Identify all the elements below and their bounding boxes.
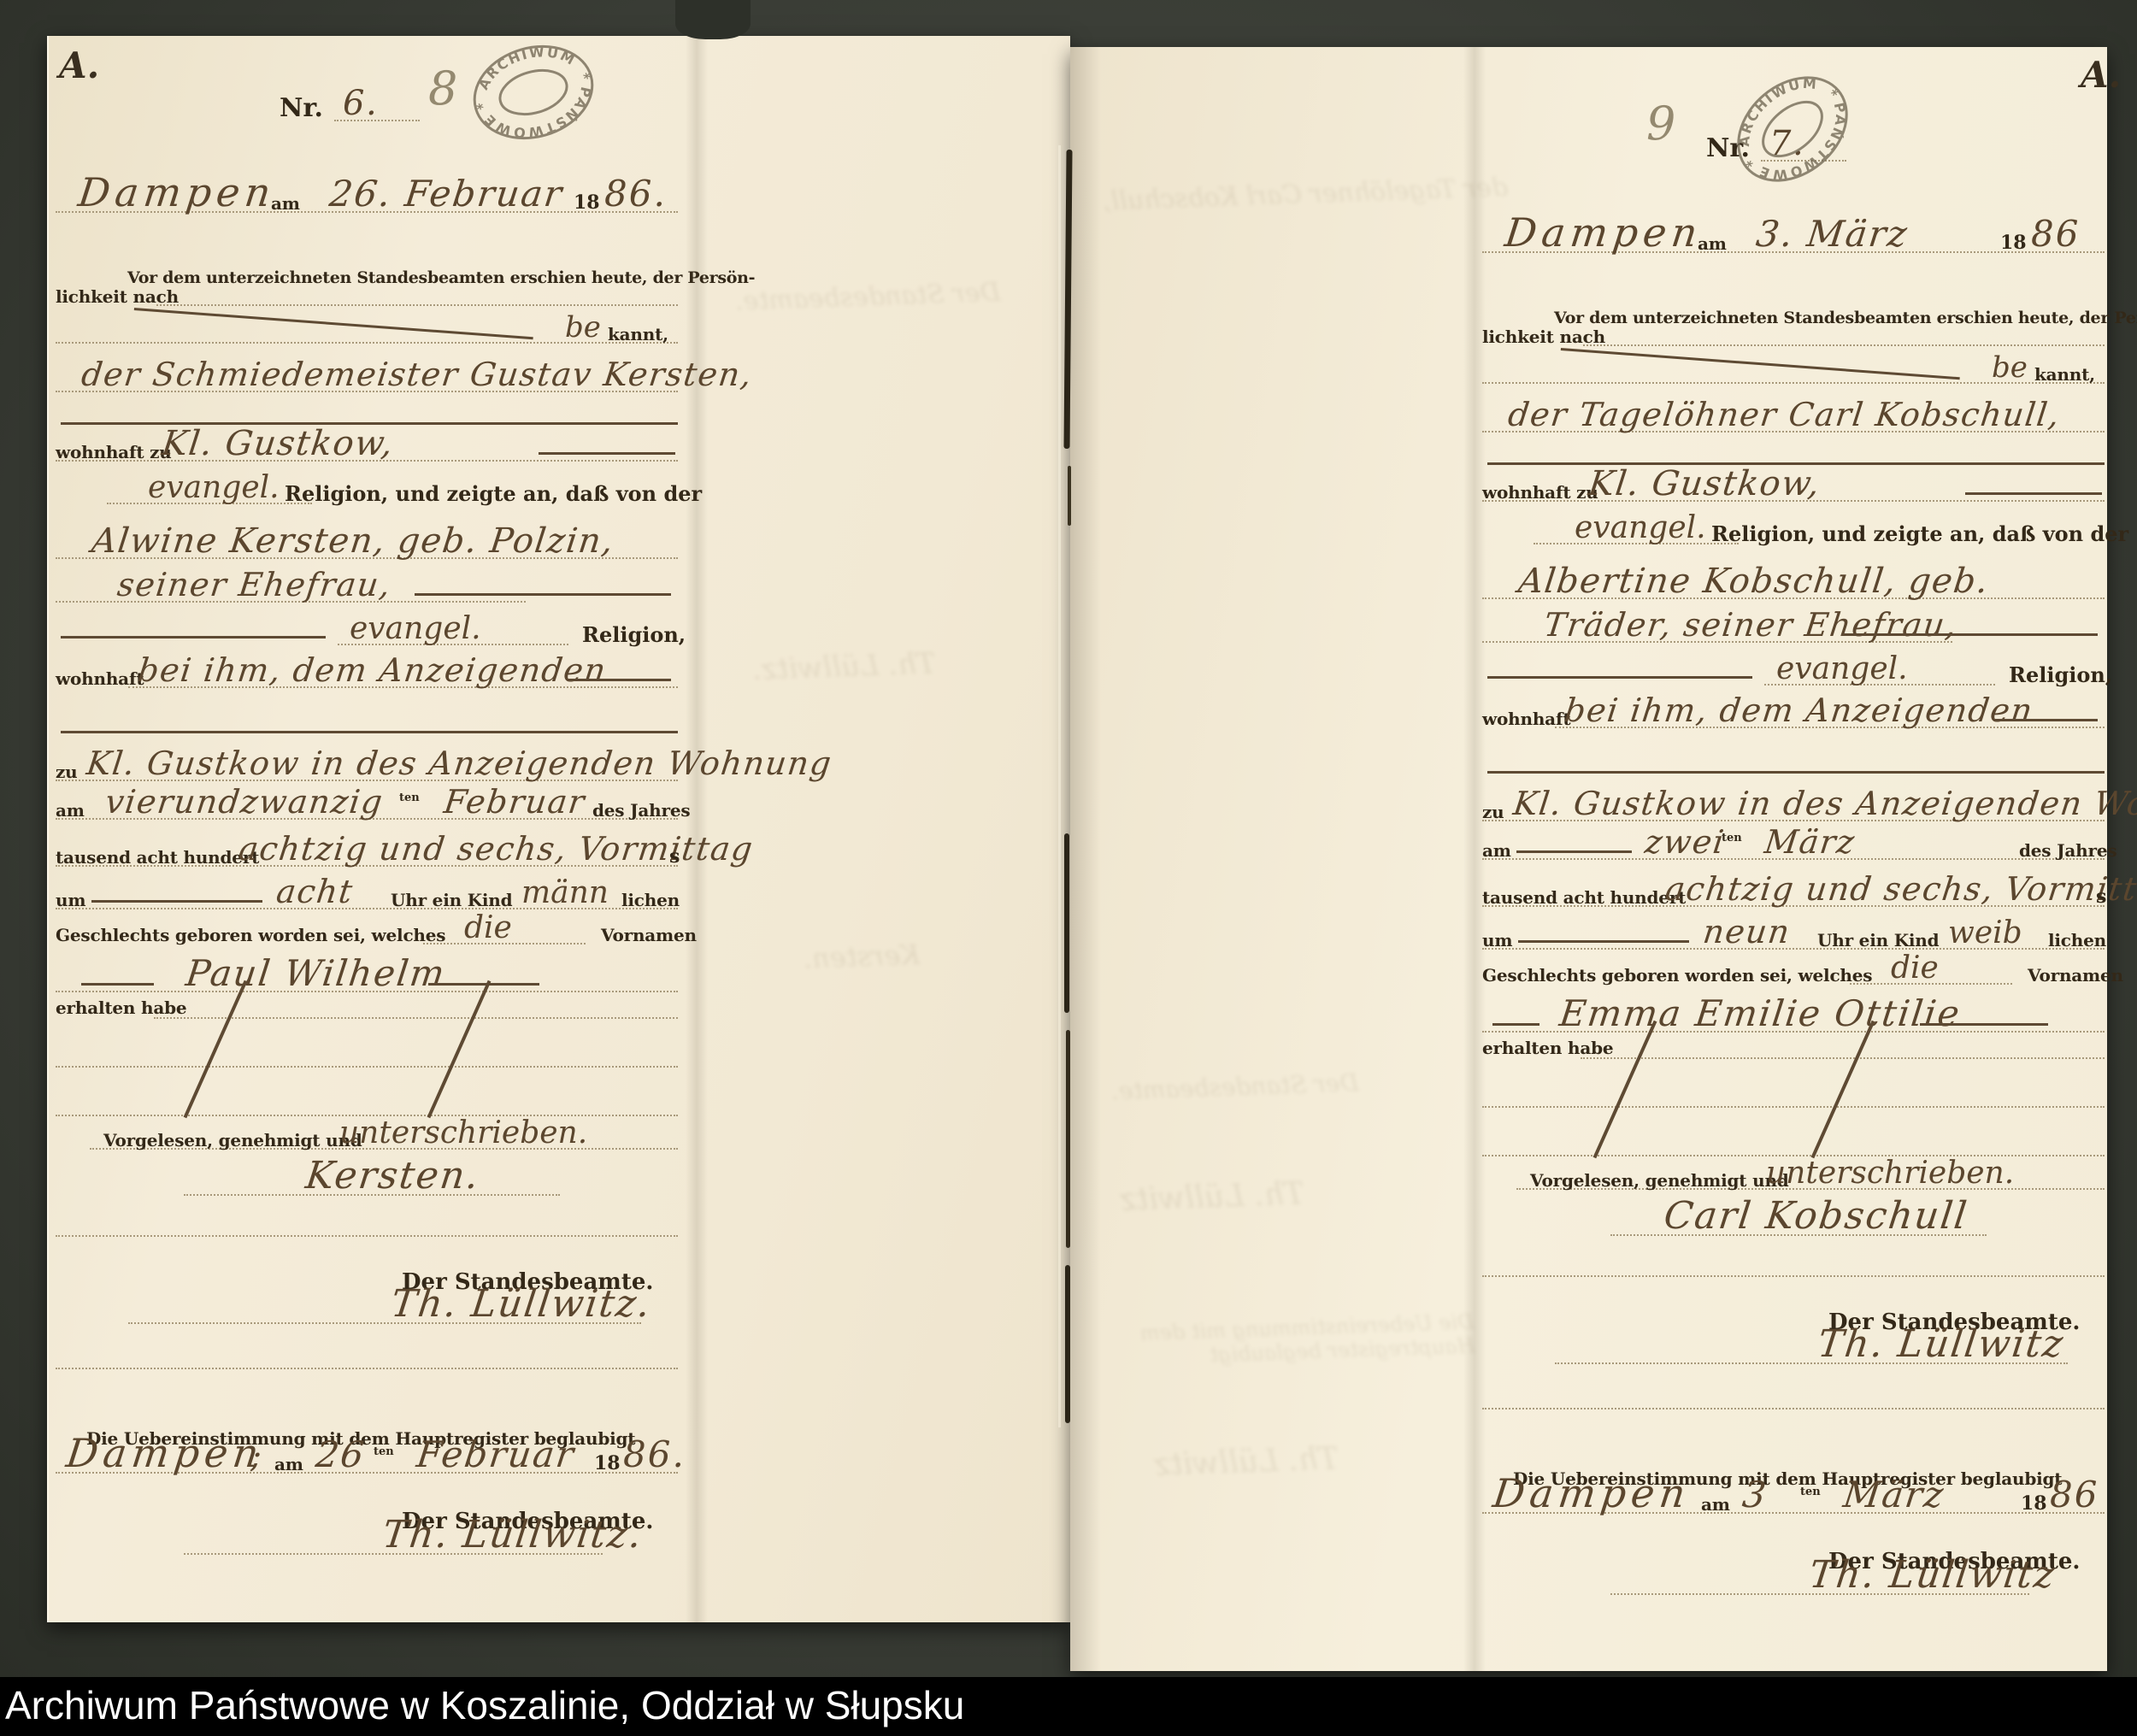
mother-name-entry: Alwine Kersten, geb. Polzin, — [90, 523, 616, 559]
vorgelesen-label: Vorgelesen, genehmigt und — [1530, 1172, 1789, 1190]
registrar-signature-row: Th. Lüllwitz. — [56, 1276, 684, 1324]
archive-stamp: ARCHIWUM PAŃSTWOWE * * — [458, 28, 608, 156]
mother-name-entry: Albertine Kobschull, geb. — [1516, 563, 1991, 599]
ink-line — [1965, 492, 2102, 495]
page-edge-notch — [675, 0, 751, 39]
stamp-text-bottom: PAŃSTWOWE — [478, 81, 603, 154]
declarant-row: der Tagelöhner Carl Kobschull, — [1482, 385, 2111, 433]
wohnhaft-entry: bei ihm, dem Anzeigenden — [136, 654, 609, 688]
des-jahres-label: des Jahres — [592, 802, 690, 820]
birthdate-row: am zwei ten März des Jahres — [1482, 812, 2111, 860]
religion-row: evangel. Religion, und zeigte an, daß vo… — [1482, 500, 2111, 544]
cert-place-entry: Dampen — [64, 1433, 266, 1474]
religion-zeigte-label: Religion, und zeigte an, daß von der — [285, 483, 702, 504]
book-gutter-tear — [1066, 1030, 1070, 1248]
bekannt-row: be kannt, — [56, 299, 684, 344]
bleed-through-text: Kersten. — [803, 939, 921, 975]
declarant-signature: Carl Kobschull — [1662, 1197, 1970, 1236]
entry-number: 6. — [343, 85, 378, 121]
book-gutter-tear — [1064, 833, 1069, 1013]
wohnhaft-row2: wohnhaft bei ihm, dem Anzeigenden — [1482, 684, 2111, 728]
book-gutter-tear — [1065, 1265, 1070, 1423]
right-page-sheet: A. Nr. 7. 9 ARCHIWUM PAŃSTWOWE * * Dam — [1070, 47, 2107, 1671]
dotted-line — [1482, 1408, 2105, 1409]
footer-bar: Archiwum Państwowe w Koszalinie, Oddział… — [0, 1677, 2137, 1736]
cert-day-entry: 26 — [314, 1436, 368, 1474]
unterschrieben-entry: unterschrieben. — [339, 1117, 587, 1150]
pencil-number: 8 — [428, 62, 457, 115]
registrar-signature-row2: Th. Lüllwitz. — [56, 1507, 684, 1555]
erhalten-row: erhalten habe — [1482, 1013, 2111, 1057]
geschlecht-row: Geschlechts geboren worden sei, welches … — [1482, 940, 2111, 985]
year-entry: 86. — [604, 175, 667, 213]
wohnhaft-row2: wohnhaft bei ihm, dem Anzeigenden — [56, 644, 684, 688]
ink-line — [1516, 850, 1632, 853]
am-label: am — [1701, 1496, 1730, 1514]
registrar-signature-row: Th. Lüllwitz — [1482, 1316, 2111, 1364]
am-label: am — [1482, 842, 1511, 860]
ten-label: ten — [399, 792, 420, 804]
bekannt-row: be kannt, — [1482, 339, 2111, 384]
ten-label: ten — [374, 1446, 394, 1458]
declarant-entry: der Schmiedemeister Gustav Kersten, — [79, 358, 755, 392]
stamp-text-top: ARCHIWUM — [468, 32, 582, 95]
gutter-shadow — [1070, 47, 1101, 1671]
svg-text:ARCHIWUM: ARCHIWUM — [468, 32, 582, 95]
book-gutter-tear — [1068, 466, 1071, 526]
religion-entry: evangel. — [148, 472, 280, 504]
kannt-label: kannt, — [608, 326, 668, 344]
cert-month-entry: März — [1841, 1476, 1947, 1514]
wohnhaft-zu-label: wohnhaft zu — [1482, 484, 1598, 502]
ink-line — [539, 452, 675, 455]
dotted-line — [1482, 1106, 2105, 1108]
ten-label: ten — [1722, 833, 1742, 844]
mother-relation-entry: seiner Ehefrau, — [115, 568, 393, 603]
geschlecht-row: Geschlechts geboren worden sei, welches … — [56, 900, 684, 945]
am-label: am — [1698, 235, 1727, 253]
geschlechts-label: Geschlechts geboren worden sei, welches — [56, 927, 445, 945]
religion-entry2: evangel. — [1776, 653, 1908, 686]
dotted-line — [56, 1066, 678, 1068]
registrar-signature2: Th. Lüllwitz — [1807, 1556, 2058, 1595]
dotted-line — [154, 1017, 678, 1019]
am-label: am — [271, 195, 300, 213]
cert-separator: ; — [250, 1439, 262, 1474]
birth-month-entry: Februar — [442, 786, 587, 820]
religion-zeigte-label: Religion, und zeigte an, daß von der — [1711, 523, 2128, 544]
cert-year-entry: 86 — [2050, 1476, 2099, 1514]
birthyear-row: tausend acht hundert achtzig und sechs, … — [56, 819, 684, 867]
birthyear-row: tausend acht hundert achtzig und sechs, … — [1482, 859, 2111, 907]
religion-entry2: evangel. — [350, 613, 481, 645]
dotted-line — [334, 120, 420, 121]
am-label: am — [274, 1456, 303, 1474]
mother-row2: seiner Ehefrau, — [56, 558, 684, 603]
year-prefix: 18 — [2000, 233, 2027, 253]
cert-month-entry: Februar — [415, 1436, 577, 1474]
year-prefix: 18 — [574, 193, 600, 213]
birth-month-entry: März — [1763, 826, 1857, 860]
registrar-signature-row2: Th. Lüllwitz — [1482, 1547, 2111, 1595]
birthdate-row: am vierundzwanzig ten Februar des Jahres — [56, 772, 684, 820]
archive-stamp: ARCHIWUM PAŃSTWOWE * * — [1713, 51, 1873, 207]
cert-year-entry: 86. — [623, 1436, 686, 1474]
mother-row1: Albertine Kobschull, geb. — [1482, 551, 2111, 599]
left-page-sheet: A. Nr. 6. 8 ARCHIWUM PAŃSTWOWE * * Dam — [47, 36, 1070, 1622]
bleed-through-text: Th. Lüllwitz — [1119, 1176, 1304, 1218]
ten-label: ten — [1800, 1486, 1821, 1498]
certification-row: Dampen ; am 26 ten Februar 18 86. — [56, 1426, 684, 1474]
scanned-register-spread: A. Nr. 6. 8 ARCHIWUM PAŃSTWOWE * * Dam — [0, 0, 2137, 1736]
registrar-signature: Th. Lüllwitz. — [389, 1285, 654, 1324]
mother-relation-entry: Träder, seiner Ehefrau, — [1542, 609, 1959, 643]
wohnhaft-label: wohnhaft — [1482, 710, 1570, 728]
declarant-signature-row: Carl Kobschull — [1482, 1188, 2111, 1236]
date-entry: 26. Februar — [327, 175, 565, 213]
unterschrieben-entry: unterschrieben. — [1766, 1157, 2014, 1190]
erhalten-habe-label: erhalten habe — [56, 999, 186, 1017]
page-corner-letter: A. — [2081, 54, 2121, 96]
residence-entry: Kl. Gustkow, — [1587, 466, 1822, 502]
place-entry: Dampen — [1503, 212, 1704, 253]
registrar-signature: Th. Lüllwitz — [1816, 1325, 2067, 1364]
am-label: am — [56, 802, 85, 820]
ink-line — [1995, 719, 2098, 721]
birth-day-entry: zwei — [1643, 826, 1727, 860]
place-entry: Dampen — [76, 172, 278, 213]
religion-entry: evangel. — [1575, 512, 1706, 544]
ink-line — [568, 679, 671, 681]
vornamen-label: Vornamen — [2028, 967, 2123, 985]
certification-row: Dampen am 3 ten März 18 86 — [1482, 1466, 2111, 1514]
mother-row1: Alwine Kersten, geb. Polzin, — [56, 511, 684, 559]
torn-paper-edge — [1058, 145, 1061, 1427]
stamp-star-icon: * — [1743, 156, 1759, 174]
be-entry: be — [565, 313, 601, 344]
wohnhaft-label: wohnhaft — [56, 670, 144, 688]
archive-caption: Archiwum Państwowe w Koszalinie, Oddział… — [5, 1682, 964, 1728]
dotted-line — [1482, 1275, 2105, 1277]
erhalten-row: erhalten habe — [56, 973, 684, 1017]
place-date-row: Dampen am 26. Februar 18 86. — [56, 158, 684, 213]
vorgelesen-label: Vorgelesen, genehmigt und — [103, 1132, 362, 1150]
vorgelesen-row: Vorgelesen, genehmigt und unterschrieben… — [1482, 1145, 2111, 1190]
ink-line — [1841, 633, 2098, 636]
vorgelesen-row: Vorgelesen, genehmigt und unterschrieben… — [56, 1105, 684, 1150]
dotted-line — [56, 1368, 678, 1369]
declarant-signature-row: Kersten. — [56, 1148, 684, 1196]
religion-label: Religion, — [2009, 664, 2112, 686]
bleed-through-text: Th. Lüllwitz — [1153, 1441, 1339, 1483]
wohnhaft-zu-label: wohnhaft zu — [56, 444, 172, 462]
die-entry: die — [464, 912, 512, 945]
ink-line — [61, 636, 326, 638]
residence-row: wohnhaft zu Kl. Gustkow, — [1482, 457, 2111, 502]
place-date-row: Dampen am 3. März 18 86 — [1482, 198, 2111, 253]
die-entry: die — [1891, 952, 1939, 985]
date-entry: 3. März — [1754, 215, 1910, 253]
cert-place-entry: Dampen — [1491, 1473, 1693, 1514]
religion-row2: evangel. Religion, — [56, 601, 684, 645]
erhalten-habe-label: erhalten habe — [1482, 1039, 1613, 1057]
registrar-signature2: Th. Lüllwitz. — [380, 1515, 645, 1555]
birth-day-entry: vierundzwanzig — [103, 786, 386, 820]
mother-row2: Träder, seiner Ehefrau, — [1482, 598, 2111, 643]
nr-label: Nr. — [280, 95, 323, 122]
residence-entry: Kl. Gustkow, — [160, 426, 396, 462]
geschlechts-label: Geschlechts geboren worden sei, welches — [1482, 967, 1872, 985]
religion-row2: evangel. Religion, — [1482, 641, 2111, 686]
kannt-label: kannt, — [2034, 366, 2095, 384]
bleed-through-text: Th. Lüllwitz. — [751, 646, 936, 686]
year-prefix: 18 — [594, 1454, 621, 1474]
wohnhaft-entry: bei ihm, dem Anzeigenden — [1563, 694, 2035, 728]
religion-row: evangel. Religion, und zeigte an, daß vo… — [56, 460, 684, 504]
year-prefix: 18 — [2021, 1494, 2047, 1514]
ink-line — [415, 593, 671, 596]
vornamen-label: Vornamen — [601, 927, 697, 945]
dotted-line — [1581, 1057, 2105, 1059]
religion-label: Religion, — [582, 624, 686, 645]
pencil-number: 9 — [1646, 97, 1675, 150]
declarant-signature: Kersten. — [303, 1156, 482, 1196]
residence-row: wohnhaft zu Kl. Gustkow, — [56, 417, 684, 462]
declarant-row: der Schmiedemeister Gustav Kersten, — [56, 344, 684, 392]
ink-line — [1487, 676, 1752, 679]
svg-text:PAŃSTWOWE: PAŃSTWOWE — [478, 81, 603, 154]
be-entry: be — [1992, 353, 2028, 384]
year-entry: 86 — [2031, 215, 2080, 253]
declarant-entry: der Tagelöhner Carl Kobschull, — [1506, 398, 2062, 433]
stamp-star-icon: * — [474, 100, 486, 118]
cert-day-entry: 3 — [1740, 1476, 1769, 1514]
dotted-line — [56, 1235, 678, 1237]
des-jahres-label: des Jahres — [2019, 842, 2116, 860]
